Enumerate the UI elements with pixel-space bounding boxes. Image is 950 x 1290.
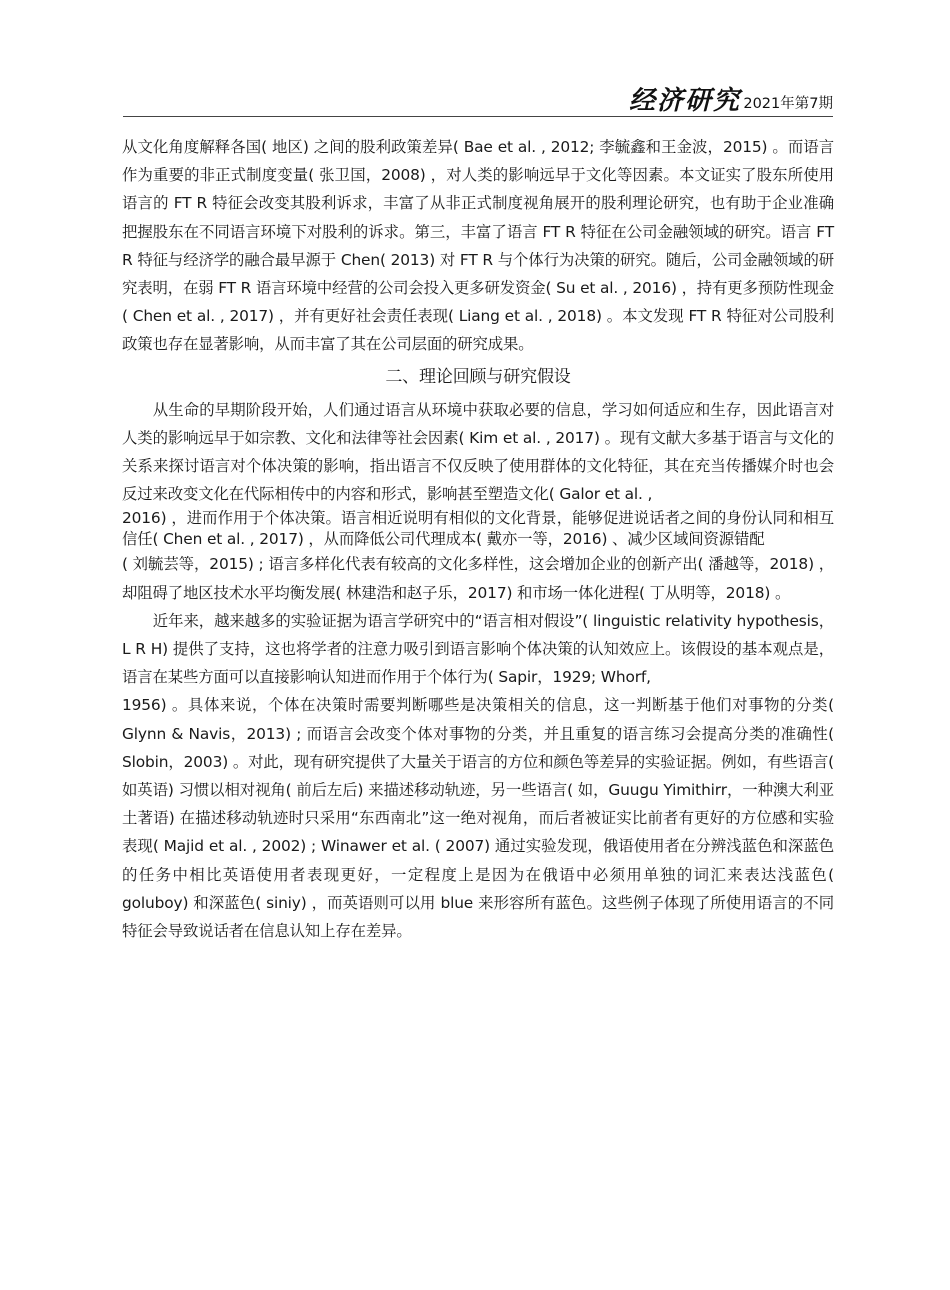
journal-issue: 2021年第7期: [743, 95, 833, 113]
section-title: 二、理论回顾与研究假设: [122, 367, 834, 387]
paragraph-theory-part3: ( 刘毓芸等，2015) ; 语言多样化代表有较高的文化多样性，这会增加企业的创…: [122, 550, 834, 606]
paragraph-theory-part1: 从生命的早期阶段开始，人们通过语言从环境中获取必要的信息，学习如何适应和生存，因…: [122, 396, 834, 509]
paragraph-lrh-part1: 近年来，越来越多的实验证据为语言学研究中的“语言相对假设”( linguisti…: [122, 607, 834, 692]
page-header: 经济研究 2021年第7期: [123, 86, 833, 117]
paragraph-lrh-part2: 1956) 。具体来说，个体在决策时需要判断哪些是决策相关的信息，这一判断基于他…: [122, 691, 834, 945]
article-body: 从文化角度解释各国( 地区) 之间的股利政策差异( Bae et al. , 2…: [122, 133, 834, 945]
paragraph-contributions: 从文化角度解释各国( 地区) 之间的股利政策差异( Bae et al. , 2…: [122, 133, 834, 359]
paragraph-theory-part2: 2016) ，进而作用于个体决策。语言相近说明有相似的文化背景，能够促进说话者之…: [122, 508, 834, 550]
journal-logo: 经济研究: [629, 87, 741, 115]
